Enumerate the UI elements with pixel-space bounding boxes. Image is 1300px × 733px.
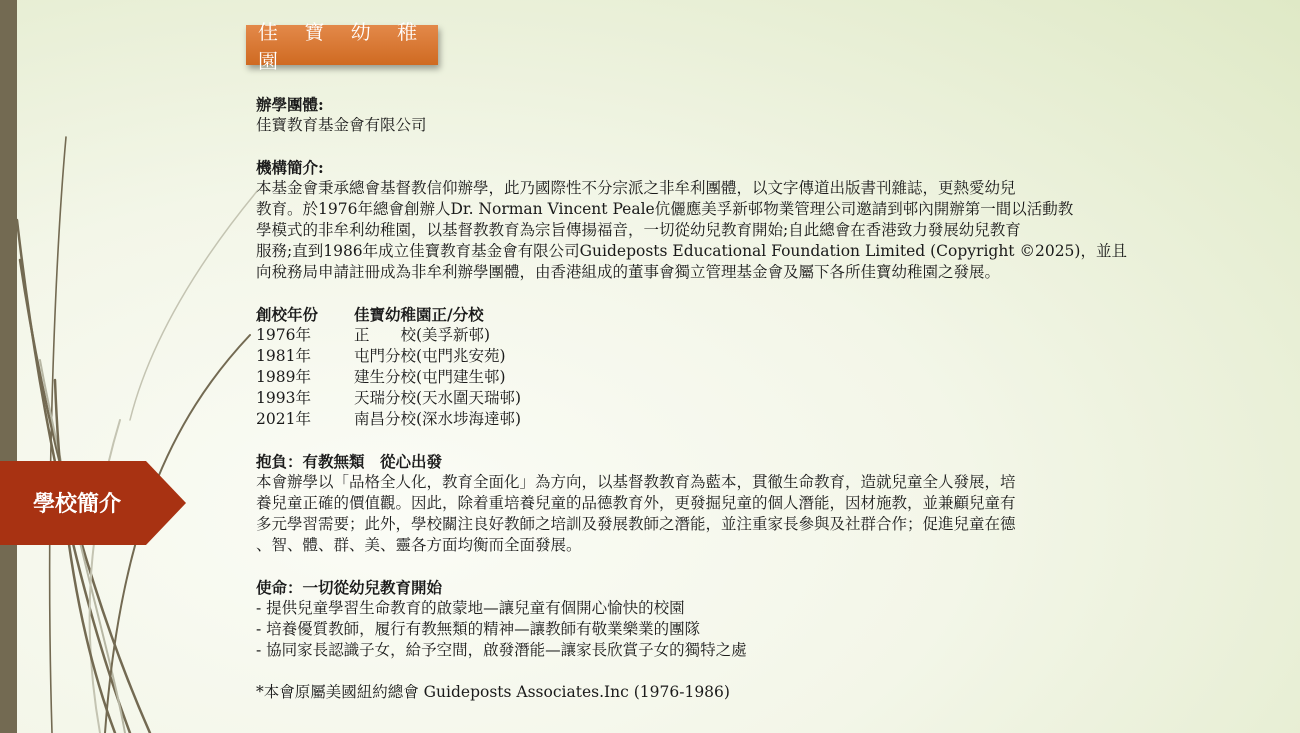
- header-school: 佳寶幼稚園正/分校: [354, 304, 521, 325]
- intro-line: 本基金會秉承總會基督教信仰辦學，此乃國際性不分宗派之非牟利團體，以文字傳道出版書…: [256, 178, 1156, 199]
- mission-list: - 提供兒童學習生命教育的啟蒙地—讓兒童有個開心愉快的校園 - 培養優質教師，履…: [256, 598, 1156, 661]
- year-cell: 1993年: [256, 388, 354, 409]
- intro-line: 向稅務局申請註冊成為非牟利辦學團體，由香港組成的董事會獨立管理基金會及屬下各所佳…: [256, 262, 1156, 283]
- vision-heading: 抱負：有教無類 從心出發: [256, 451, 1156, 472]
- sponsor-heading: 辦學團體:: [256, 94, 1156, 115]
- school-cell: 正 校(美孚新邨): [354, 325, 521, 346]
- slide-content: 辦學團體: 佳寶教育基金會有限公司 機構簡介: 本基金會秉承總會基督教信仰辦學，…: [256, 94, 1156, 703]
- year-cell: 1976年: [256, 325, 354, 346]
- table-header: 創校年份 佳寶幼稚園正/分校: [256, 304, 521, 325]
- sponsor-value: 佳寶教育基金會有限公司: [256, 115, 1156, 136]
- year-cell: 1981年: [256, 346, 354, 367]
- left-accent-bar: [0, 0, 17, 733]
- year-cell: 1989年: [256, 367, 354, 388]
- school-cell: 天瑞分校(天水圍天瑞邨): [354, 388, 521, 409]
- vision-line: 本會辦學以「品格全人化，教育全面化」為方向，以基督教教育為藍本，貫徹生命教育，造…: [256, 472, 1156, 493]
- vision-line: 養兒童正確的價值觀。因此，除着重培養兒童的品德教育外，更發掘兒童的個人潛能，因材…: [256, 493, 1156, 514]
- table-row: 1976年 正 校(美孚新邨): [256, 325, 521, 346]
- mission-item: - 提供兒童學習生命教育的啟蒙地—讓兒童有個開心愉快的校園: [256, 598, 1156, 619]
- intro-heading: 機構簡介:: [256, 157, 1156, 178]
- vision-line: 多元學習需要；此外，學校關注良好教師之培訓及發展教師之潛能，並注重家長參與及社群…: [256, 514, 1156, 535]
- intro-line: 教育。於1976年總會創辦人Dr. Norman Vincent Peale伉儷…: [256, 199, 1156, 220]
- header-year: 創校年份: [256, 304, 354, 325]
- section-tag-label: 學校簡介: [33, 487, 121, 518]
- table-row: 1989年 建生分校(屯門建生邨): [256, 367, 521, 388]
- section-tag: 學校簡介: [0, 461, 186, 545]
- mission-item: - 培養優質教師，履行有教無類的精神—讓教師有敬業樂業的團隊: [256, 619, 1156, 640]
- table-row: 2021年 南昌分校(深水埗海達邨): [256, 409, 521, 430]
- intro-line: 學模式的非牟利幼稚園，以基督教教育為宗旨傳揚福音，一切從幼兒教育開始;自此總會在…: [256, 220, 1156, 241]
- table-row: 1981年 屯門分校(屯門兆安苑): [256, 346, 521, 367]
- vision-line: 、智、體、群、美、靈各方面均衡而全面發展。: [256, 535, 1156, 556]
- mission-heading: 使命：一切從幼兒教育開始: [256, 577, 1156, 598]
- mission-item: - 協同家長認識子女，給予空間，啟發潛能—讓家長欣賞子女的獨特之處: [256, 640, 1156, 661]
- year-cell: 2021年: [256, 409, 354, 430]
- intro-line: 服務;直到1986年成立佳寶教育基金會有限公司Guideposts Educat…: [256, 241, 1156, 262]
- footnote: *本會原屬美國紐約總會 Guideposts Associates.Inc (1…: [256, 682, 1156, 703]
- school-cell: 建生分校(屯門建生邨): [354, 367, 521, 388]
- schools-table: 創校年份 佳寶幼稚園正/分校 1976年 正 校(美孚新邨) 1981年 屯門分…: [256, 304, 521, 430]
- school-title: 佳 寶 幼 稚 園: [258, 16, 438, 74]
- table-row: 1993年 天瑞分校(天水圍天瑞邨): [256, 388, 521, 409]
- school-cell: 屯門分校(屯門兆安苑): [354, 346, 521, 367]
- school-cell: 南昌分校(深水埗海達邨): [354, 409, 521, 430]
- decorative-stems-icon: [0, 0, 300, 733]
- school-title-banner: 佳 寶 幼 稚 園: [246, 25, 438, 65]
